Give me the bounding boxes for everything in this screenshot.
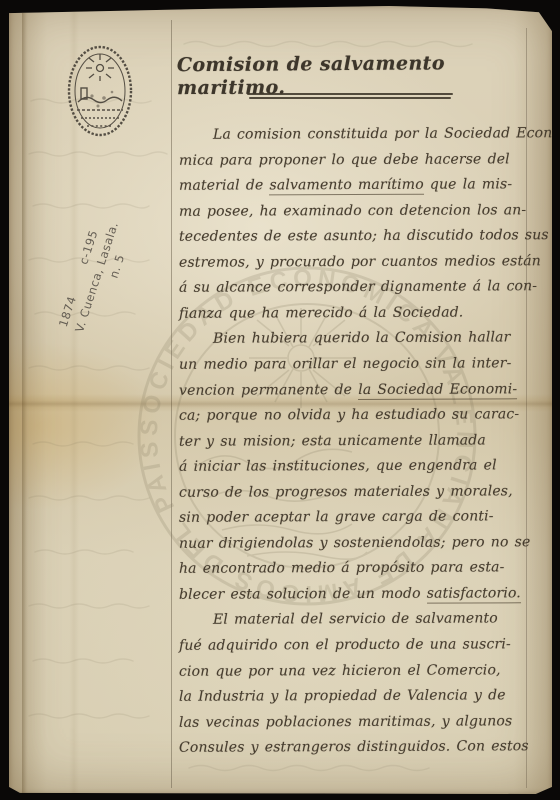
manuscript-line: El material del servicio de salvamento [179,612,560,628]
archival-margin-note: 1874c-195 V. Cuenca, Lasala. n. 5 [55,214,138,339]
manuscript-line: Bien hubiera querido la Comision hallar [179,331,560,347]
oval-ink-seal [56,40,144,142]
manuscript-line: un medio para orillar el negocio sin la … [179,356,531,372]
title-underline-bottom [249,97,451,99]
manuscript-line: fianza que ha merecido á la Sociedad. [179,305,531,321]
manuscript-line: á iniciar las instituciones, que engendr… [179,458,531,474]
scanned-manuscript-photo: SOCIEDAD ECONOMICA VALENCIANA DE AMIGOS … [0,0,560,800]
manuscript-line: material de salvamento marítimo que la m… [179,177,531,193]
manuscript-line: ha encontrado medio á propósito para est… [179,561,531,577]
manuscript-line: tecedentes de este asunto; ha discutido … [179,228,531,244]
manuscript-line: estremos, y procurado por cuantos medios… [179,254,531,270]
manuscript-line: curso de los progresos materiales y mora… [179,484,531,500]
manuscript-line: La comision constituida por la Sociedad … [179,126,560,142]
manuscript-line: fué adquirido con el producto de una sus… [179,637,531,653]
manuscript-line: mica para proponer lo que debe hacerse d… [179,152,531,168]
manuscript-line: ter y su mision; esta unicamente llamada [179,433,531,449]
manuscript-page: SOCIEDAD ECONOMICA VALENCIANA DE AMIGOS … [9,6,552,794]
manuscript-line: blecer esta solucion de un modo satisfac… [179,586,531,602]
manuscript-line: á su alcance corresponder dignamente á l… [179,280,531,296]
manuscript-line: las vecinas poblaciones maritimas, y alg… [179,714,531,730]
manuscript-line: Consules y estrangeros distinguidos. Con… [179,739,531,755]
manuscript-line: ca; porque no olvida y ha estudiado su c… [179,407,531,423]
title-underline-top [247,93,453,95]
manuscript-line: nuar dirigiendolas y sosteniendolas; per… [179,535,531,551]
manuscript-line: sin poder aceptar la grave carga de cont… [179,509,531,525]
manuscript-line: vencion permanente de la Sociedad Econom… [179,382,531,398]
manuscript-line: cion que por una vez hicieron el Comerci… [179,663,531,679]
manuscript-line: la Industria y la propiedad de Valencia … [179,688,531,704]
manuscript-line: ma posee, ha examinado con detencion los… [179,203,531,219]
